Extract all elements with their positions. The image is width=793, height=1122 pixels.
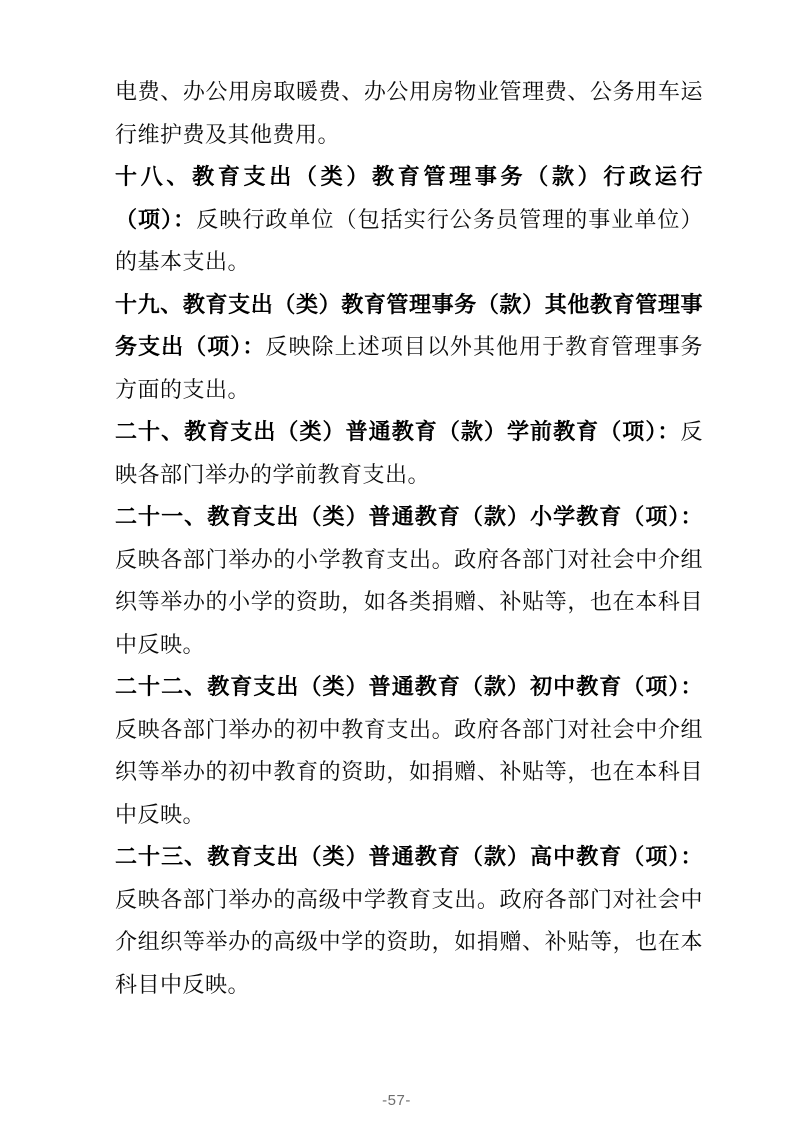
paragraph: 二十二、教育支出（类）普通教育（款）初中教育（项）：反映各部门举办的初中教育支出… [115, 667, 703, 837]
paragraph: 十九、教育支出（类）教育管理事务（款）其他教育管理事务支出（项）：反映除上述项目… [115, 285, 703, 413]
page-number: -57- [382, 1092, 411, 1109]
paragraph: 二十三、教育支出（类）普通教育（款）高中教育（项）：反映各部门举办的高级中学教育… [115, 837, 703, 1007]
paragraph: 二十一、教育支出（类）普通教育（款）小学教育（项）：反映各部门举办的小学教育支出… [115, 497, 703, 667]
paragraph-heading: 二十三、教育支出（类）普通教育（款）高中教育（项）： [115, 845, 703, 870]
paragraph-body: 反映各部门举办的初中教育支出。政府各部门对社会中介组织等举办的初中教育的资助，如… [115, 718, 703, 828]
paragraph-body: 反映各部门举办的高级中学教育支出。政府各部门对社会中介组织等举办的高级中学的资助… [115, 888, 703, 998]
text-content: 电费、办公用房取暖费、办公用房物业管理费、公务用车运行维护费及其他费用。十八、教… [115, 72, 703, 1007]
paragraph-body: 反映各部门举办的小学教育支出。政府各部门对社会中介组织等举办的小学的资助，如各类… [115, 548, 703, 658]
paragraph-body: 反映行政单位（包括实行公务员管理的事业单位）的基本支出。 [115, 208, 703, 276]
paragraph: 电费、办公用房取暖费、办公用房物业管理费、公务用车运行维护费及其他费用。 [115, 72, 703, 157]
paragraph-body: 电费、办公用房取暖费、办公用房物业管理费、公务用车运行维护费及其他费用。 [115, 80, 703, 148]
paragraph: 二十、教育支出（类）普通教育（款）学前教育（项）：反映各部门举办的学前教育支出。 [115, 412, 703, 497]
paragraph: 十八、教育支出（类）教育管理事务（款）行政运行（项）：反映行政单位（包括实行公务… [115, 157, 703, 285]
paragraph-heading: 二十一、教育支出（类）普通教育（款）小学教育（项）： [115, 505, 703, 530]
paragraph-heading: 二十、教育支出（类）普通教育（款）学前教育（项）： [115, 420, 680, 445]
document-page: 电费、办公用房取暖费、办公用房物业管理费、公务用车运行维护费及其他费用。十八、教… [0, 0, 793, 1122]
page-footer: -57- [0, 1090, 793, 1109]
paragraph-heading: 二十二、教育支出（类）普通教育（款）初中教育（项）： [115, 675, 703, 700]
